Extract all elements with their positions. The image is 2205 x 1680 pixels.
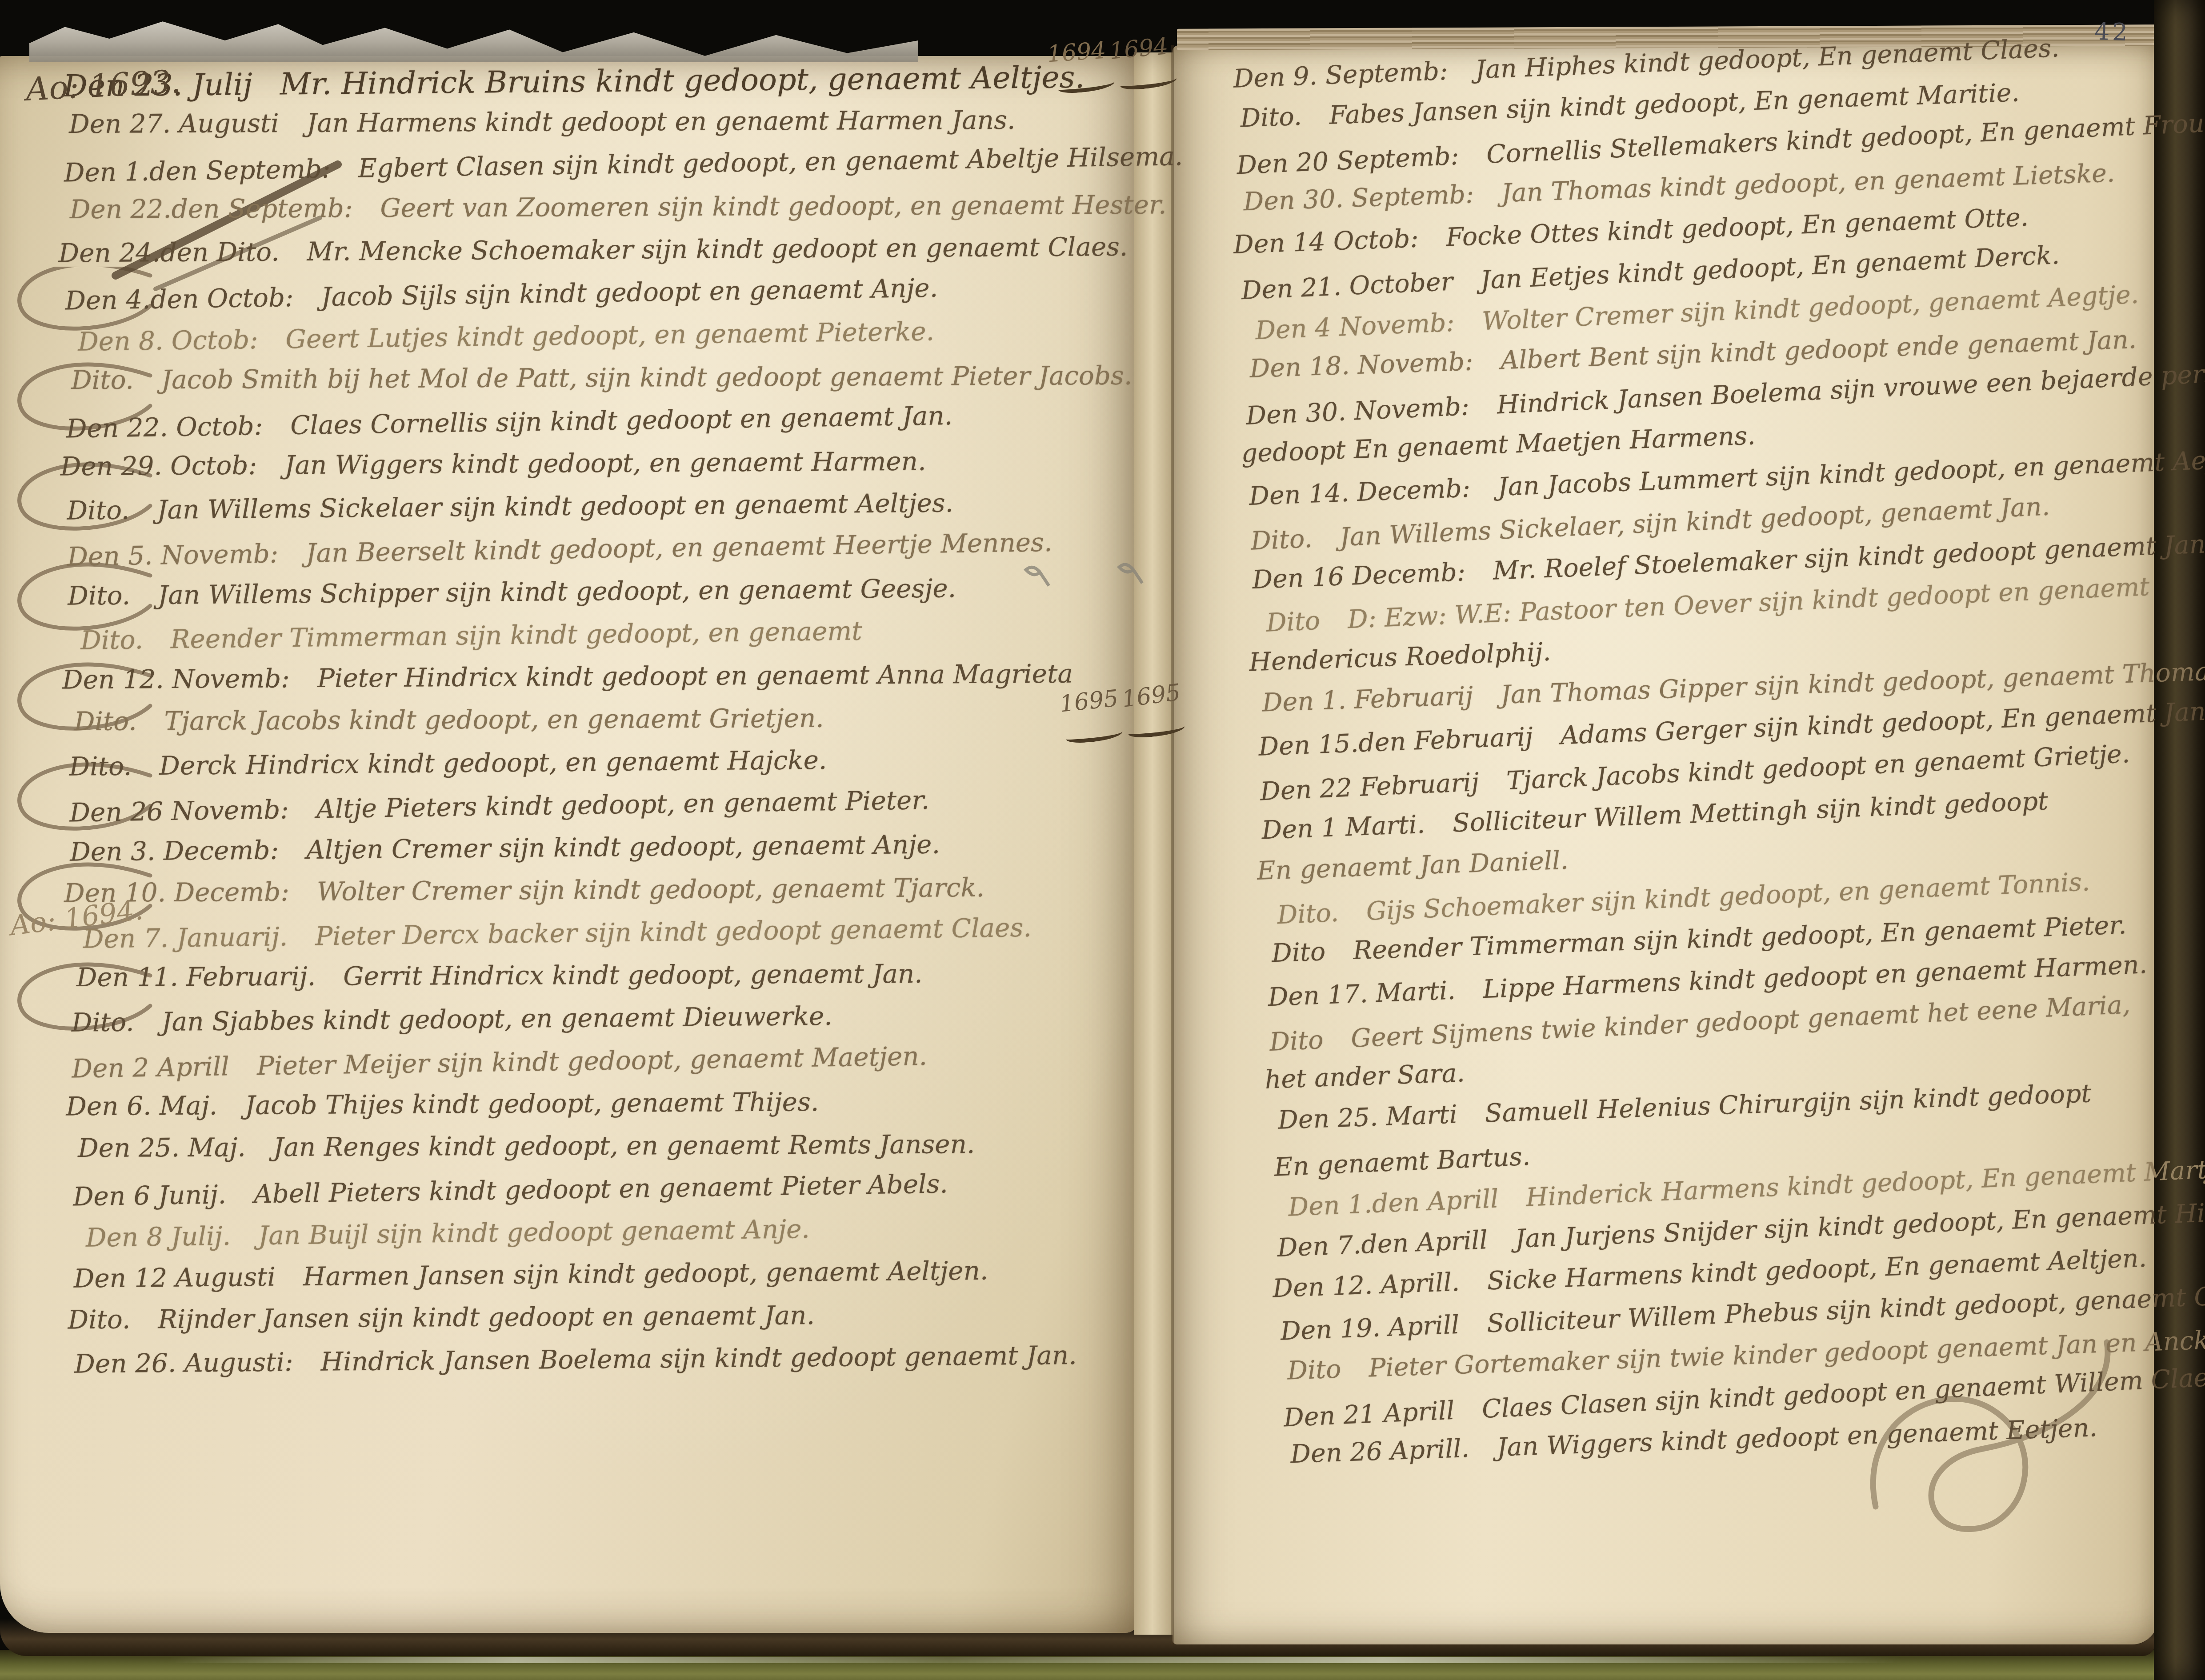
left-page-entries: Den 23. Julij Mr. Hindrick Bruins kindt …	[0, 59, 1213, 1392]
entry-date: Den 12 Augusti	[73, 1262, 276, 1294]
entry-date: Dito.	[71, 364, 134, 395]
entry-text: Derck Hindricx kindt gedoopt, en genaemt…	[159, 745, 827, 781]
entry-text: Hindrick Jansen Boelema sijn kindt gedoo…	[320, 1340, 1077, 1377]
entry-date: Den 1.den Septemb:	[64, 154, 331, 188]
entry-date: Dito.	[74, 706, 137, 736]
entry-date: Den 12. Novemb:	[62, 663, 290, 695]
entry-date: Den 4.den Octob:	[65, 282, 294, 316]
tape-repair-strip	[29, 17, 918, 62]
entry-date: Den 30. Novemb:	[1245, 392, 1470, 431]
entry-text: Jan Buijl sijn kindt gedoopt genaemt Anj…	[258, 1214, 810, 1251]
entry-date: Den 25. Marti	[1277, 1100, 1458, 1135]
right-page-entries: Den 9. Septemb: Jan Hiphes kindt gedoopt…	[1172, 27, 2205, 1486]
entry-text: Geert van Zoomeren sijn kindt gedoopt, e…	[380, 189, 1167, 223]
entry-text: Jan Renges kindt gedoopt, en genaemt Rem…	[273, 1129, 975, 1162]
page-number: 42	[2094, 17, 2131, 47]
entry-date: Den 19. Aprill	[1280, 1310, 1460, 1346]
entry-date: Dito.	[1277, 898, 1339, 930]
entry-date: Den 17. Marti.	[1267, 976, 1456, 1012]
entry-date: Den 14 Octob:	[1233, 224, 1419, 260]
entry-text: Wolter Cremer sijn kindt gedoopt, genaem…	[317, 872, 984, 907]
entry-date: Den 25. Maj.	[78, 1132, 246, 1163]
register-entry: Den 11. Februarij. Gerrit Hindricx kindt…	[76, 957, 1214, 1005]
entry-date: Dito.	[69, 751, 132, 781]
register-entry: Den 22.den Septemb: Geert van Zoomeren s…	[70, 189, 1208, 237]
entry-date: Den 22 Februarij	[1260, 768, 1480, 806]
entry-date: Den 22. Octob:	[66, 411, 263, 444]
entry-text: Gerrit Hindricx kindt gedoopt, genaemt J…	[343, 959, 923, 992]
entry-text: Abell Pieters kindt gedoopt en genaemt P…	[253, 1168, 948, 1209]
entry-text: Rijnder Jansen sijn kindt gedoopt en gen…	[158, 1300, 815, 1334]
entry-date: Den 21 Aprill	[1283, 1396, 1455, 1433]
entry-date: Den 12. Aprill.	[1272, 1268, 1460, 1304]
entry-date: Dito	[1269, 1025, 1324, 1057]
entry-text: Claes Cornellis sijn kindt gedoopt en ge…	[290, 400, 953, 440]
entry-date: Den 26 Aprill.	[1290, 1434, 1470, 1469]
entry-date: Den 8 Julij.	[85, 1221, 231, 1253]
entry-date: Den 24.den Dito.	[58, 236, 279, 268]
entry-date: Dito	[1287, 1354, 1341, 1385]
gutter-year-1694-a: 1694	[1046, 37, 1107, 68]
entry-date: Den 29. Octob:	[60, 450, 257, 482]
entry-date: Den 21. October	[1241, 267, 1454, 306]
entry-date: Dito.	[67, 495, 129, 525]
entry-date: Den 6. Maj.	[66, 1090, 217, 1121]
entry-date: Den 26. Augusti:	[74, 1347, 293, 1379]
gutter-year-1694-b: 1694	[1109, 33, 1169, 64]
entry-date: Dito.	[68, 580, 130, 611]
entry-date: Den 2 Aprill	[72, 1051, 229, 1084]
register-entry: Den 12. Novemb: Pieter Hindricx kindt ge…	[62, 658, 1201, 708]
entry-date: Dito.	[1250, 524, 1313, 556]
entry-date: Dito	[1271, 937, 1326, 968]
entry-text: Jan Willems Sickelaer sijn kindt gedoopt…	[157, 488, 953, 525]
entry-date: Den 11. Februarij.	[76, 961, 316, 992]
register-entry: Den 6. Maj. Jacob Thijes kindt gedoopt, …	[66, 1084, 1204, 1134]
entry-text: Jan Harmens kindt gedoopt en genaemt Har…	[307, 105, 1016, 138]
entry-date: Den 27. Augusti	[69, 108, 279, 139]
entry-date: Dito.	[80, 624, 144, 656]
entry-date: Den 22.den Septemb:	[70, 193, 353, 224]
manuscript-scan: Den 23. Julij Mr. Hindrick Bruins kindt …	[0, 0, 2205, 1680]
entry-text: Jan Sjabbes kindt gedoopt, en genaemt Di…	[161, 1001, 832, 1037]
entry-text: Mr. Hindrick Bruins kindt gedoopt, genae…	[280, 60, 1085, 102]
entry-text: Jan Wiggers kindt gedoopt, en genaemt Ha…	[284, 446, 926, 480]
entry-date: Den 20 Septemb:	[1236, 141, 1460, 180]
entry-text: En genaemt Bartus.	[1274, 1142, 1531, 1182]
register-entry: Den 29. Octob: Jan Wiggers kindt gedoopt…	[60, 444, 1199, 494]
entry-date: Dito.	[1240, 102, 1302, 133]
entry-date: Dito	[1266, 606, 1321, 638]
entry-date: Dito.	[68, 1304, 130, 1335]
entry-date: Den 8. Octob:	[78, 324, 258, 357]
table-sheen-highlight	[169, 1657, 1902, 1663]
entry-text: Pieter Hindricx kindt gedoopt en genaemt…	[317, 659, 1073, 693]
entry-text: Mr. Mencke Schoemaker sijn kindt gedoopt…	[307, 232, 1128, 267]
entry-text: Tjarck Jacobs kindt gedoopt, en genaemt …	[164, 703, 824, 736]
entry-text: Jacob Thijes kindt gedoopt, genaemt Thij…	[245, 1087, 819, 1120]
entry-date: Dito.	[71, 1007, 134, 1037]
entry-date: Den 26 Novemb:	[69, 794, 289, 828]
entry-date: Den 6 Junij.	[73, 1179, 227, 1212]
entry-text: Jacob Sijls sijn kindt gedoopt en genaem…	[321, 272, 938, 312]
entry-date: Den 5. Novemb:	[67, 538, 279, 572]
register-entry: Dito. Tjarck Jacobs kindt gedoopt, en ge…	[74, 701, 1212, 749]
register-entry: Dito. Rijnder Jansen sijn kindt gedoopt …	[68, 1298, 1206, 1348]
entry-text: Jacob Smith bij het Mol de Patt, sijn ki…	[161, 360, 1133, 395]
